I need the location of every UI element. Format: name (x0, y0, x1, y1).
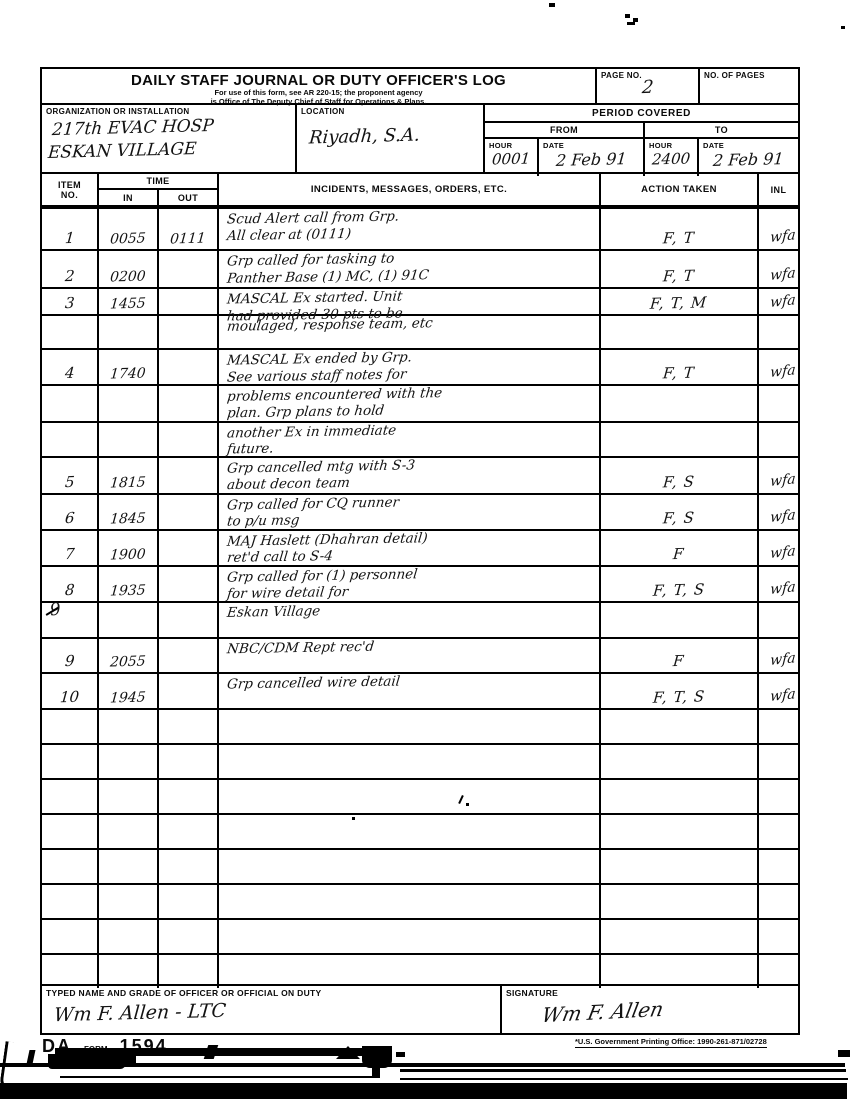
time-out-cell (159, 423, 219, 456)
scan-artifact (466, 803, 469, 806)
time-out-cell (159, 850, 219, 883)
journal-row: 1 0055 0111 Scud Alert call from Grp. Al… (42, 207, 798, 249)
scan-artifact (60, 1076, 380, 1078)
item-no-cell (42, 885, 99, 918)
action-taken-cell: F, T (601, 209, 759, 249)
incidents-cell (219, 780, 601, 813)
journal-row: 2 0200 Grp called for tasking to Panther… (42, 249, 798, 287)
initials-cell (759, 885, 798, 918)
item-no-cell: 8 (42, 567, 99, 601)
location-label: LOCATION (297, 105, 483, 116)
incidents-cell: another Ex in immediate future. (219, 423, 601, 456)
time-in-cell: 2055 (99, 639, 159, 672)
journal-row (42, 918, 798, 953)
col-header-inl: INL (759, 174, 798, 205)
action-taken-cell (601, 885, 759, 918)
signature-cell: SIGNATURE Wm F. Allen (502, 986, 798, 1033)
scan-artifact (336, 1046, 360, 1059)
time-in-cell: 1945 (99, 674, 159, 708)
in-label: IN (99, 190, 159, 205)
time-out-cell: 0111 (159, 209, 219, 249)
action-taken-cell (601, 710, 759, 743)
item-label-line2: NO. (61, 190, 78, 200)
action-taken-cell (601, 920, 759, 953)
journal-row (42, 708, 798, 743)
organization-label: ORGANIZATION OR INSTALLATION (42, 105, 295, 116)
time-label: TIME (99, 174, 217, 190)
journal-row: 7 1900 MAJ Haslett (Dhahran detail) ret'… (42, 529, 798, 565)
time-in-cell: 1900 (99, 531, 159, 565)
scan-artifact (627, 22, 635, 25)
journal-row: problems encountered with the plan. Grp … (42, 384, 798, 421)
time-in-cell (99, 710, 159, 743)
scan-artifact (0, 1083, 847, 1099)
action-taken-cell (601, 815, 759, 848)
journal-body: 1 0055 0111 Scud Alert call from Grp. Al… (42, 207, 798, 988)
journal-row: 4 1740 MASCAL Ex ended by Grp. See vario… (42, 348, 798, 384)
form-title: DAILY STAFF JOURNAL OR DUTY OFFICER'S LO… (42, 72, 595, 89)
action-taken-cell (601, 745, 759, 778)
item-no-cell: 10 (42, 674, 99, 708)
item-no-cell (42, 745, 99, 778)
scan-artifact (838, 1050, 850, 1057)
journal-row (42, 953, 798, 988)
action-taken-cell: F (601, 531, 759, 565)
incidents-cell: MASCAL Ex ended by Grp. See various staf… (219, 350, 601, 384)
journal-row: 10 1945 Grp cancelled wire detail F, T, … (42, 672, 798, 708)
from-date-value: 2 Feb 91 (555, 149, 627, 170)
col-header-item-no: ITEM NO. (42, 174, 99, 205)
org-band: ORGANIZATION OR INSTALLATION 217th EVAC … (42, 105, 798, 174)
incidents-cell: MAJ Haslett (Dhahran detail) ret'd call … (219, 531, 601, 565)
time-out-cell (159, 495, 219, 529)
time-out-cell (159, 350, 219, 384)
no-of-pages-label: NO. OF PAGES (700, 69, 798, 80)
incidents-cell: Grp called for (1) personnel for wire de… (219, 567, 601, 601)
item-no-cell: 4 (42, 350, 99, 384)
time-out-cell (159, 674, 219, 708)
journal-row: 5 1815 Grp cancelled mtg with S-3 about … (42, 456, 798, 493)
time-out-cell (159, 639, 219, 672)
initials-cell: wfa (759, 458, 798, 493)
no-of-pages-cell: NO. OF PAGES (700, 69, 798, 103)
initials-cell: wfa (759, 251, 798, 287)
initials-cell: wfa (759, 495, 798, 529)
journal-row (42, 883, 798, 918)
from-label: FROM (485, 123, 645, 137)
scan-artifact (625, 14, 630, 18)
action-taken-cell: F, T, M (601, 289, 759, 314)
initials-cell (759, 745, 798, 778)
from-hour-label: HOUR (485, 139, 537, 150)
journal-row: another Ex in immediate future. (42, 421, 798, 456)
title-cell: DAILY STAFF JOURNAL OR DUTY OFFICER'S LO… (42, 69, 597, 103)
initials-cell: wfa (759, 674, 798, 708)
time-in-cell (99, 603, 159, 637)
typed-name-label: TYPED NAME AND GRADE OF OFFICER OR OFFIC… (42, 986, 500, 998)
time-out-cell (159, 920, 219, 953)
organization-cell: ORGANIZATION OR INSTALLATION 217th EVAC … (42, 105, 297, 172)
organization-line2: ESKAN VILLAGE (47, 139, 197, 163)
time-out-cell (159, 251, 219, 287)
journal-row: 3 1455 MASCAL Ex started. Unit had provi… (42, 287, 798, 314)
time-out-cell (159, 710, 219, 743)
action-taken-cell (601, 850, 759, 883)
time-out-cell (159, 386, 219, 421)
journal-row: 8 1935 Grp called for (1) personnel for … (42, 565, 798, 601)
time-out-cell (159, 316, 219, 348)
journal-row: 6 1845 Grp called for CQ runner to p/u m… (42, 493, 798, 529)
initials-cell: wfa (759, 531, 798, 565)
time-out-cell (159, 603, 219, 637)
item-no-cell: 5 (42, 458, 99, 493)
location-value: Riyadh, S.A. (308, 125, 421, 149)
item-no-cell: 6 (42, 495, 99, 529)
time-in-cell: 0055 (99, 209, 159, 249)
initials-cell: wfa (759, 350, 798, 384)
item-no-cell (42, 780, 99, 813)
item-no-cell: 2 (42, 251, 99, 287)
time-in-cell (99, 885, 159, 918)
initials-cell (759, 316, 798, 348)
action-taken-cell: F, T (601, 251, 759, 287)
time-in-cell: 1455 (99, 289, 159, 314)
action-taken-cell (601, 780, 759, 813)
to-hour-value: 2400 (651, 149, 691, 168)
incidents-cell (219, 710, 601, 743)
time-in-cell (99, 316, 159, 348)
incidents-cell: Scud Alert call from Grp. All clear at (… (219, 209, 601, 249)
page-no-cell: PAGE NO. 2 (597, 69, 700, 103)
time-out-cell (159, 567, 219, 601)
from-hour-value: 0001 (491, 149, 531, 168)
scan-artifact (400, 1078, 848, 1080)
action-taken-cell (601, 316, 759, 348)
scan-artifact (27, 1050, 36, 1064)
scan-artifact (372, 1067, 380, 1076)
journal-row (42, 848, 798, 883)
item-no-cell (42, 316, 99, 348)
incidents-cell (219, 745, 601, 778)
incidents-cell: Grp cancelled wire detail (219, 674, 601, 708)
incidents-cell: Grp called for tasking to Panther Base (… (219, 251, 601, 287)
initials-cell: wfa (759, 209, 798, 249)
journal-row (42, 743, 798, 778)
col-header-time: TIME IN OUT (99, 174, 219, 205)
incidents-cell (219, 885, 601, 918)
initials-cell (759, 386, 798, 421)
to-date-value: 2 Feb 91 (712, 149, 784, 170)
item-label-line1: ITEM (58, 180, 81, 190)
scan-artifact (549, 3, 555, 7)
time-in-cell: 1740 (99, 350, 159, 384)
initials-cell: wfa (759, 289, 798, 314)
scan-artifact (841, 26, 845, 29)
time-in-cell (99, 423, 159, 456)
item-no-cell: 7 (42, 531, 99, 565)
action-taken-cell: F, T (601, 350, 759, 384)
col-header-action: ACTION TAKEN (601, 174, 759, 205)
time-out-cell (159, 458, 219, 493)
journal-header: ITEM NO. TIME IN OUT INCIDENTS, MESSAGES… (42, 174, 798, 207)
item-no-cell (42, 710, 99, 743)
scan-artifact (0, 1063, 845, 1067)
out-label: OUT (159, 190, 217, 205)
typed-name-cell: TYPED NAME AND GRADE OF OFFICER OR OFFIC… (42, 986, 502, 1033)
to-label: TO (645, 123, 798, 137)
col-header-incidents: INCIDENTS, MESSAGES, ORDERS, ETC. (219, 174, 601, 205)
to-date-cell: DATE 2 Feb 91 (699, 139, 798, 176)
from-date-cell: DATE 2 Feb 91 (539, 139, 645, 176)
time-in-cell: 1845 (99, 495, 159, 529)
item-no-cell (42, 850, 99, 883)
initials-cell (759, 780, 798, 813)
journal-row (42, 813, 798, 848)
item-no-cell (42, 423, 99, 456)
page-no-value: 2 (641, 77, 654, 98)
action-taken-cell: F (601, 639, 759, 672)
time-in-cell: 1935 (99, 567, 159, 601)
incidents-cell: Grp cancelled mtg with S-3 about decon t… (219, 458, 601, 493)
time-in-cell: 1815 (99, 458, 159, 493)
incidents-cell (219, 920, 601, 953)
time-out-cell (159, 531, 219, 565)
da-form-1594: DAILY STAFF JOURNAL OR DUTY OFFICER'S LO… (40, 67, 800, 1035)
initials-cell (759, 850, 798, 883)
initials-cell (759, 920, 798, 953)
time-in-cell (99, 850, 159, 883)
initials-cell: wfa (759, 567, 798, 601)
initials-cell: wfa (759, 639, 798, 672)
time-in-cell (99, 745, 159, 778)
incidents-cell: Grp called for CQ runner to p/u msg (219, 495, 601, 529)
incidents-cell: problems encountered with the plan. Grp … (219, 386, 601, 421)
initials-cell (759, 710, 798, 743)
journal-row: 9 Eskan Village (42, 601, 798, 637)
time-out-cell (159, 289, 219, 314)
time-in-cell (99, 815, 159, 848)
action-taken-cell: F, T, S (601, 567, 759, 601)
time-in-cell: 0200 (99, 251, 159, 287)
location-cell: LOCATION Riyadh, S.A. (297, 105, 485, 172)
action-taken-cell: F, S (601, 458, 759, 493)
incidents-cell (219, 850, 601, 883)
journal-row (42, 778, 798, 813)
item-no-cell (42, 386, 99, 421)
incidents-cell: MASCAL Ex started. Unit had provided 30 … (219, 289, 601, 314)
from-hour-cell: HOUR 0001 (485, 139, 539, 176)
initials-cell (759, 423, 798, 456)
organization-line1: 217th EVAC HOSP (51, 116, 214, 140)
scanned-page: DAILY STAFF JOURNAL OR DUTY OFFICER'S LO… (0, 0, 850, 1099)
journal-row: 9 2055 NBC/CDM Rept rec'd F wfa (42, 637, 798, 672)
incidents-cell: Eskan Village (219, 603, 601, 637)
time-out-cell (159, 815, 219, 848)
action-taken-cell (601, 603, 759, 637)
action-taken-cell (601, 423, 759, 456)
initials-cell (759, 603, 798, 637)
title-band: DAILY STAFF JOURNAL OR DUTY OFFICER'S LO… (42, 69, 798, 105)
gpo-line: *U.S. Government Printing Office: 1990-2… (575, 1037, 767, 1048)
time-out-cell (159, 885, 219, 918)
time-out-cell (159, 745, 219, 778)
incidents-cell: NBC/CDM Rept rec'd (219, 639, 601, 672)
item-no-cell: 3 (42, 289, 99, 314)
to-hour-label: HOUR (645, 139, 697, 150)
item-no-cell (42, 920, 99, 953)
action-taken-cell: F, T, S (601, 674, 759, 708)
period-covered-cell: PERIOD COVERED FROM TO HOUR 0001 DATE 2 … (485, 105, 798, 172)
item-no-cell: 1 (42, 209, 99, 249)
time-out-cell (159, 780, 219, 813)
action-taken-cell: F, S (601, 495, 759, 529)
incidents-cell (219, 815, 601, 848)
scan-artifact (400, 1069, 846, 1072)
journal-row: moulaged, response team, etc (42, 314, 798, 348)
to-hour-cell: HOUR 2400 (645, 139, 699, 176)
incidents-cell: moulaged, response team, etc (219, 316, 601, 348)
signature-label: SIGNATURE (502, 986, 798, 998)
signature-value: Wm F. Allen (540, 997, 666, 1028)
footer-band: TYPED NAME AND GRADE OF OFFICER OR OFFIC… (42, 984, 798, 1033)
item-no-cell: 9 (42, 639, 99, 672)
scan-artifact (352, 817, 355, 820)
initials-cell (759, 815, 798, 848)
time-in-cell (99, 386, 159, 421)
item-no-cell: 9 (42, 603, 99, 637)
time-in-cell (99, 780, 159, 813)
period-covered-label: PERIOD COVERED (485, 105, 798, 123)
scan-artifact (396, 1052, 405, 1057)
typed-name-value: Wm F. Allen - LTC (53, 1000, 227, 1027)
item-no-cell (42, 815, 99, 848)
action-taken-cell (601, 386, 759, 421)
time-in-cell (99, 920, 159, 953)
